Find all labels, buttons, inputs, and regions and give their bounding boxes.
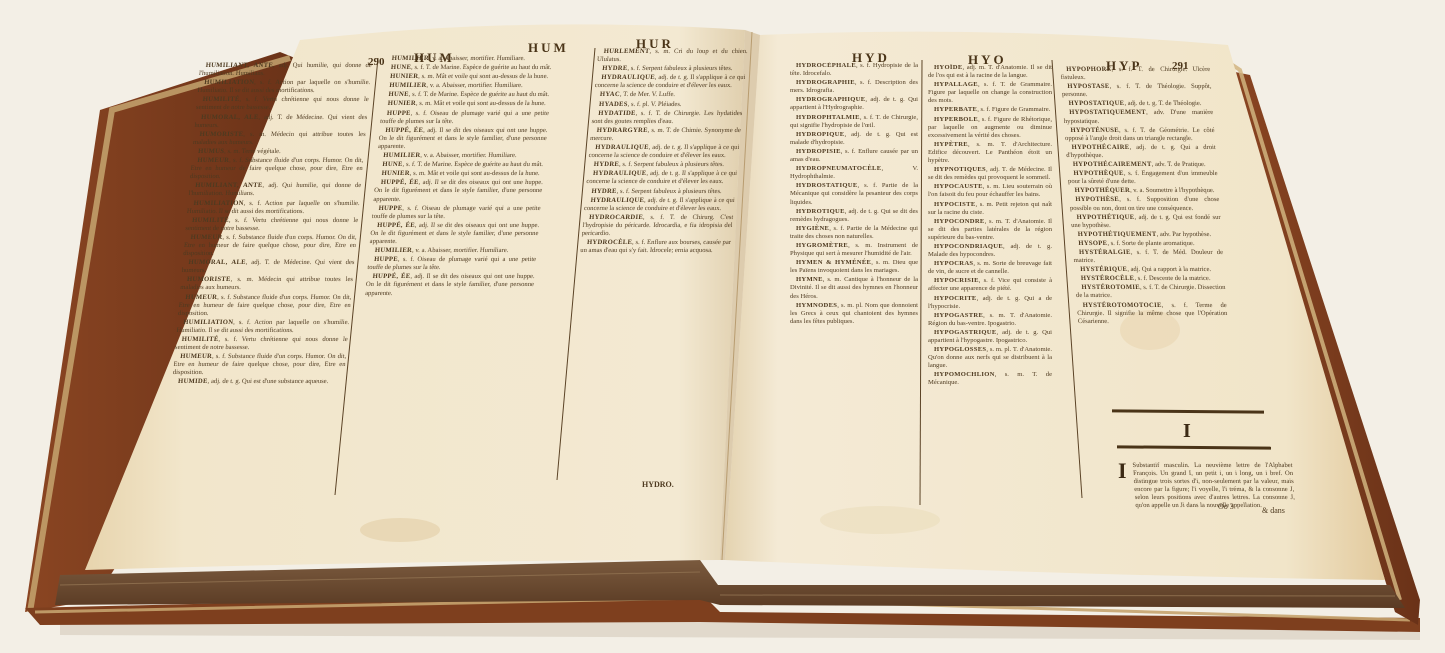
catchword-left: HYDRO. — [642, 480, 674, 489]
running-head: HUM — [528, 40, 569, 56]
section-letter: I — [1183, 420, 1191, 443]
photo-scene: 290 HUM HUM HUR HUMILIANT, ANTE, adj. Qu… — [0, 0, 1445, 653]
right-column-1: HYDROCÉPHALE, s. f. Hydropisie de la têt… — [790, 62, 918, 502]
signature-mark: Oo 3 — [1218, 502, 1234, 511]
right-column-2: HYOÏDE, adj. m. T. d'Anatomie. Il se dit… — [928, 64, 1052, 504]
letter-i-entry: Substantif masculin. La neuvième lettre … — [1132, 462, 1295, 510]
drop-cap: I — [1118, 458, 1127, 484]
catchword-right: & dans — [1262, 506, 1285, 515]
right-column-3: HYPOPHORE, s. f. T. de Chirurgie. Ulcère… — [1060, 66, 1234, 406]
